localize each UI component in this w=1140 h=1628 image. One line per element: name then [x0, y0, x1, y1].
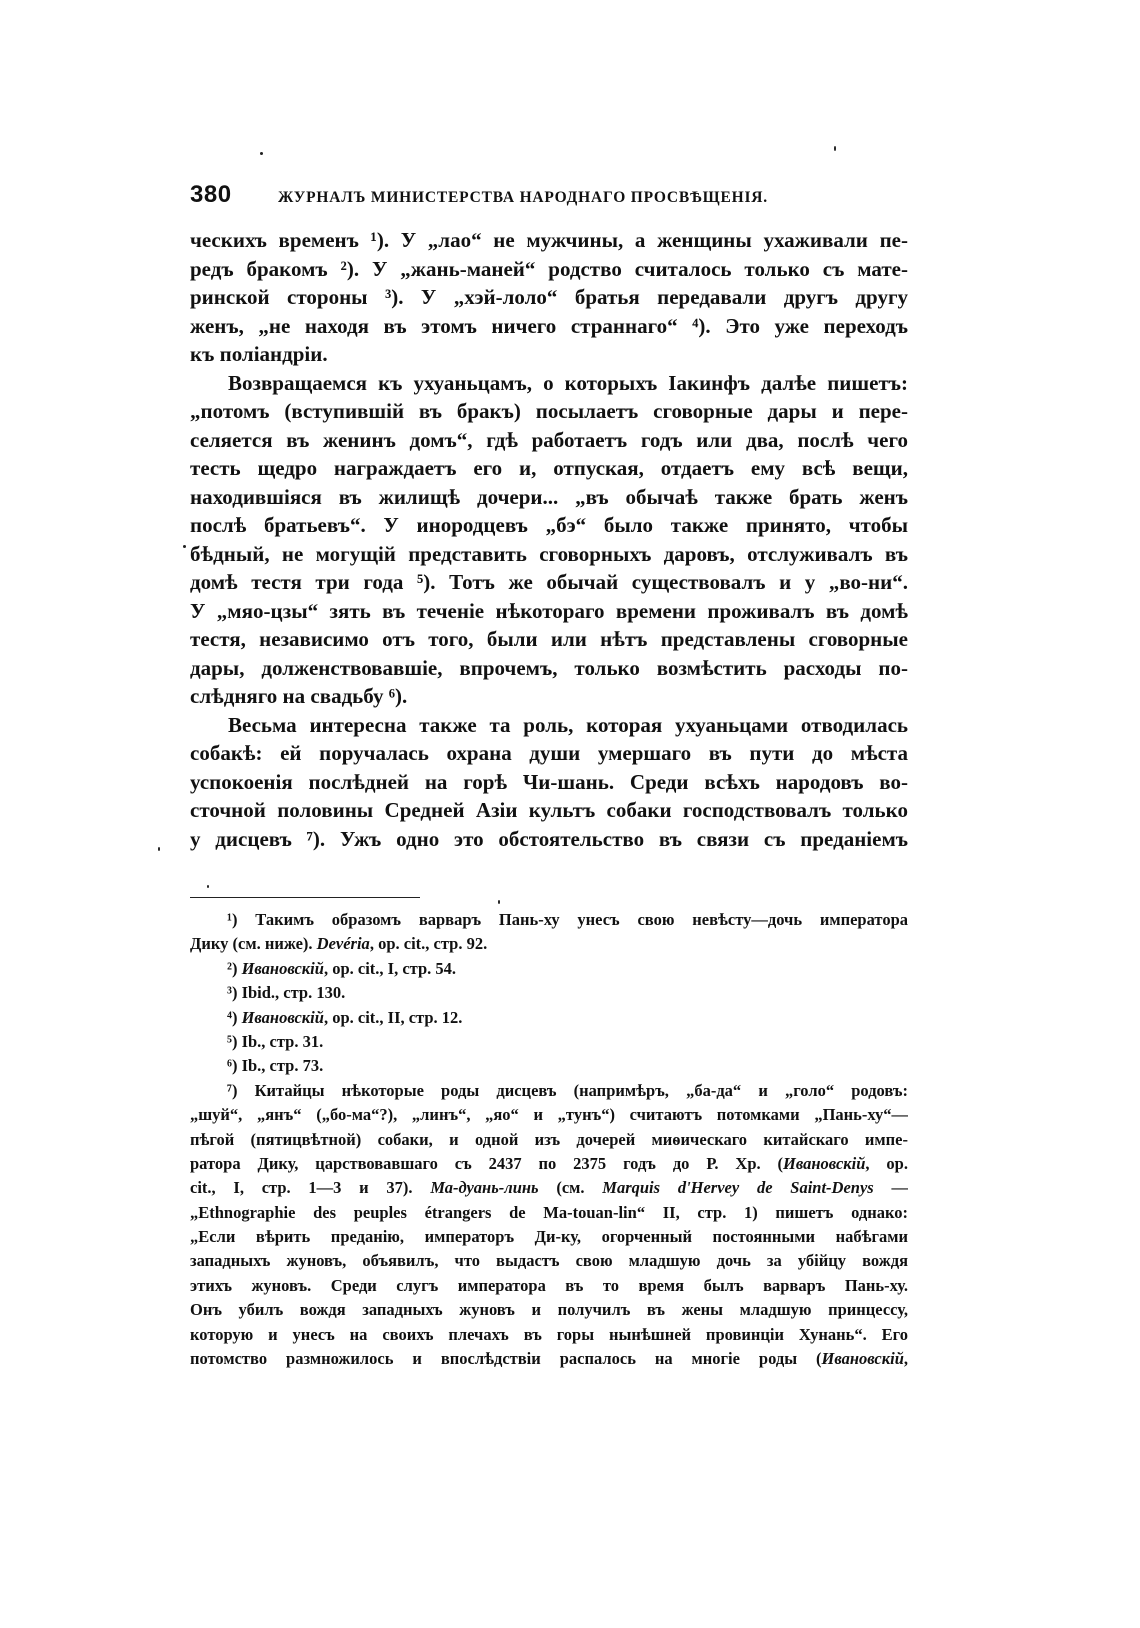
footnote-5: ⁵) Ib., стр. 31.	[190, 1030, 908, 1054]
footnote-1-cont: Дику (см. ниже). Devéria, op. cit., стр.…	[190, 932, 908, 956]
text-line: тесть щедро награждаетъ его и, отпуская,…	[190, 454, 908, 483]
scan-speck	[260, 152, 263, 155]
footnote-7-cont: которую и унесъ на своихъ плечахъ въ гор…	[190, 1323, 908, 1347]
text-line: къ поліандріи.	[190, 340, 908, 369]
scanned-page: 380 ЖУРНАЛЪ МИНИСТЕРСТВА НАРОДНАГО ПРОСВ…	[0, 0, 1140, 1628]
footnote-7-cont: западныхъ жуновъ, объявилъ, что выдастъ …	[190, 1249, 908, 1273]
text-line: слѣдняго на свадьбу ⁶).	[190, 682, 908, 711]
paragraph-start: Весьма интересна также та роль, которая …	[190, 711, 908, 740]
text-line: тестя, независимо отъ того, были или нѣт…	[190, 625, 908, 654]
footnote-7-cont: ратора Дику, царствовавшаго съ 2437 по 2…	[190, 1152, 908, 1176]
footnote-7-cont: cit., I, стр. 1—3 и 37). Ма-дуань-линь (…	[190, 1176, 908, 1200]
main-text: ческихъ временъ ¹). У „лао“ не мужчины, …	[190, 226, 908, 853]
scan-speck	[834, 146, 836, 151]
scan-speck	[207, 885, 209, 888]
footnote-label: ⁴)	[227, 1008, 242, 1027]
text-line: селяется въ женинъ домъ“, гдѣ работаетъ …	[190, 426, 908, 455]
author-name: Ивановскій	[242, 959, 324, 978]
author-name: Marquis d'Hervey de Saint-Denys	[602, 1178, 873, 1197]
footnote-separator	[190, 897, 420, 898]
running-header: 380 ЖУРНАЛЪ МИНИСТЕРСТВА НАРОДНАГО ПРОСВ…	[190, 181, 910, 217]
author-name: Ма-дуань-линь	[430, 1178, 538, 1197]
page-number: 380	[190, 181, 278, 209]
footnote-6: ⁶) Ib., стр. 73.	[190, 1054, 908, 1078]
text-line: У „мяо-цзы“ зять въ теченіе нѣкотораго в…	[190, 597, 908, 626]
footnote-7-cont: „шуй“, „янъ“ („бо-ма“?), „линъ“, „яо“ и …	[190, 1103, 908, 1127]
text-line: домѣ тестя три года ⁵). Тотъ же обычай с…	[190, 568, 908, 597]
footnote-text: Дику (см. ниже).	[190, 934, 317, 953]
footnote-7-cont: пѣгой (пятицвѣтной) собаки, и одной изъ …	[190, 1128, 908, 1152]
footnote-7-cont: „Если вѣрить преданію, императоръ Ди-ку,…	[190, 1225, 908, 1249]
footnotes: ¹) Такимъ образомъ варваръ Пань-ху унесъ…	[190, 908, 908, 1371]
paragraph-start: Возвращаемся къ ухуаньцамъ, о которыхъ І…	[190, 369, 908, 398]
text-line: бѣдный, не могущій представить сговорных…	[190, 540, 908, 569]
footnote-4: ⁴) Ивановскій, op. cit., II, стр. 12.	[190, 1006, 908, 1030]
footnote-text: —	[874, 1178, 908, 1197]
author-name: Ивановскій	[242, 1008, 324, 1027]
text-line: послѣ братьевъ“. У инородцевъ „бэ“ было …	[190, 511, 908, 540]
text-line: дары, долженствовавшіе, впрочемъ, только…	[190, 654, 908, 683]
text-line: „потомъ (вступившій въ бракъ) посылаетъ …	[190, 397, 908, 426]
running-title: ЖУРНАЛЪ МИНИСТЕРСТВА НАРОДНАГО ПРОСВѢЩЕН…	[278, 189, 768, 207]
footnote-text: потомство размножилось и впослѣдствіи ра…	[190, 1349, 822, 1368]
text-line: собакѣ: ей поручалась охрана души умерша…	[190, 739, 908, 768]
author-name: Ивановскій	[822, 1349, 904, 1368]
footnote-7: ⁷) Китайцы нѣкоторые роды дисцевъ (напри…	[190, 1079, 908, 1103]
footnote-3: ³) Ibid., стр. 130.	[190, 981, 908, 1005]
text-line: сточной половины Средней Азіи культъ соб…	[190, 796, 908, 825]
scan-speck	[498, 900, 500, 904]
footnote-7-cont: этихъ жуновъ. Среди слугъ императора въ …	[190, 1274, 908, 1298]
text-line: находившіяся въ жилищѣ дочери... „въ обы…	[190, 483, 908, 512]
footnote-text: , op. cit., стр. 92.	[370, 934, 487, 953]
footnote-text: , op.	[865, 1154, 908, 1173]
footnote-2: ²) Ивановскій, op. cit., I, стр. 54.	[190, 957, 908, 981]
text-line: успокоенія послѣдней на горѣ Чи-шань. Ср…	[190, 768, 908, 797]
footnote-text: (см.	[539, 1178, 603, 1197]
footnote-7-cont: Онъ убилъ вождя западныхъ жуновъ и получ…	[190, 1298, 908, 1322]
footnote-7-cont: „Ethnographie des peuples étrangers de M…	[190, 1201, 908, 1225]
text-line: ческихъ временъ ¹). У „лао“ не мужчины, …	[190, 226, 908, 255]
text-line: у дисцевъ ⁷). Ужъ одно это обстоятельств…	[190, 825, 908, 854]
footnote-text: , op. cit., I, стр. 54.	[324, 959, 456, 978]
footnote-text: ,	[904, 1349, 908, 1368]
scan-speck	[158, 847, 160, 851]
footnote-1: ¹) Такимъ образомъ варваръ Пань-ху унесъ…	[190, 908, 908, 932]
author-name: Ивановскій	[783, 1154, 865, 1173]
author-name: Devéria	[317, 934, 370, 953]
text-line: редъ бракомъ ²). У „жань-маней“ родство …	[190, 255, 908, 284]
scan-speck	[183, 545, 186, 548]
footnote-text: cit., I, стр. 1—3 и 37).	[190, 1178, 430, 1197]
text-line: женъ, „не находя въ этомъ ничего странна…	[190, 312, 908, 341]
text-line: ринской стороны ³). У „хэй-лоло“ братья …	[190, 283, 908, 312]
footnote-text: , op. cit., II, стр. 12.	[324, 1008, 462, 1027]
footnote-text: ратора Дику, царствовавшаго съ 2437 по 2…	[190, 1154, 783, 1173]
footnote-label: ²)	[227, 959, 242, 978]
footnote-7-cont: потомство размножилось и впослѣдствіи ра…	[190, 1347, 908, 1371]
